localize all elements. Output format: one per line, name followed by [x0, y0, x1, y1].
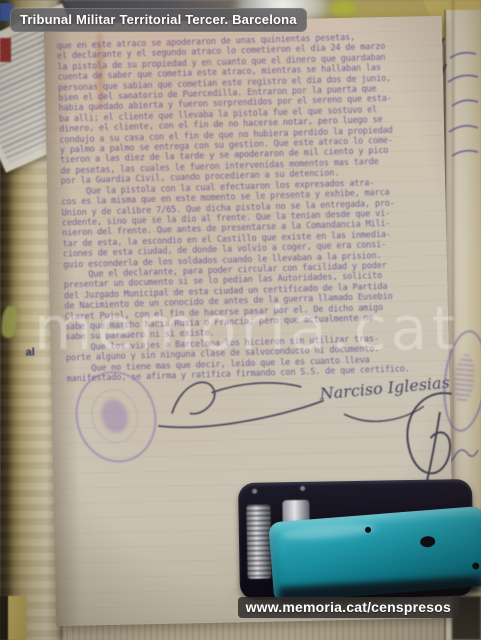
stapler-arm-highlight — [281, 521, 377, 541]
paint-chip — [365, 527, 371, 533]
memoria-watermark: memoria.cat — [34, 294, 481, 364]
stapler-screw-glint — [252, 489, 257, 494]
archive-label-red — [0, 38, 11, 62]
signature-left-rubric — [151, 370, 332, 434]
margin-handwriting-marks — [446, 48, 480, 168]
title-banner: Tribunal Militar Territorial Tercer. Bar… — [10, 8, 307, 32]
bottom-left-page-curl — [0, 596, 26, 640]
paint-chip — [420, 536, 436, 548]
paint-chip — [472, 562, 480, 570]
source-url-bar: www.memoria.cat/censpresos — [238, 597, 459, 618]
photo-of-archive-document: que en este atraco se apoderaron de unas… — [0, 0, 481, 640]
stapler-staple-magazine — [246, 504, 271, 578]
green-object-blur — [330, 0, 356, 16]
stapler-screw-glint — [300, 486, 305, 491]
